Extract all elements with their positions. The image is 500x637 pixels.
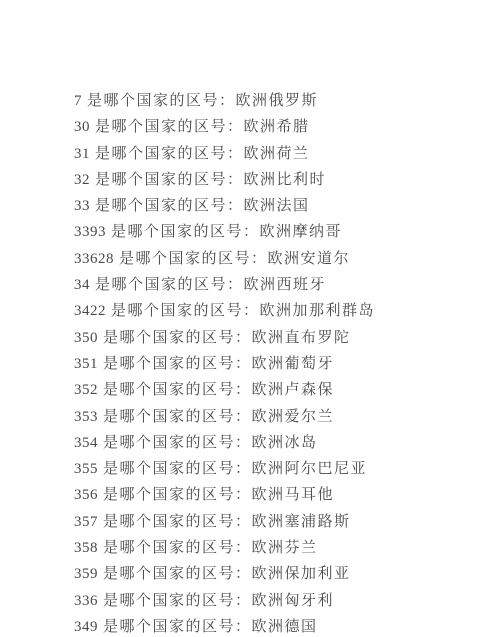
area-code: 7 (74, 93, 82, 109)
question-text: 是哪个国家的区号： (111, 224, 260, 240)
qa-line: 353是哪个国家的区号：欧洲爱尔兰 (74, 404, 480, 430)
question-text: 是哪个国家的区号： (103, 330, 252, 346)
question-text: 是哪个国家的区号： (95, 277, 244, 293)
question-text: 是哪个国家的区号： (103, 566, 252, 582)
qa-line: 336是哪个国家的区号：欧洲匈牙利 (74, 588, 480, 614)
area-code: 3422 (74, 303, 106, 319)
answer-country: 欧洲马耳他 (252, 487, 335, 503)
question-text: 是哪个国家的区号： (103, 356, 252, 372)
question-text: 是哪个国家的区号： (95, 146, 244, 162)
qa-line: 33628是哪个国家的区号：欧洲安道尔 (74, 246, 480, 272)
answer-country: 欧洲俄罗斯 (236, 93, 319, 109)
question-text: 是哪个国家的区号： (95, 119, 244, 135)
qa-line: 354是哪个国家的区号：欧洲冰岛 (74, 430, 480, 456)
answer-country: 欧洲保加利亚 (252, 566, 351, 582)
answer-country: 欧洲西班牙 (244, 277, 327, 293)
area-code-qa-list: 7是哪个国家的区号：欧洲俄罗斯 30是哪个国家的区号：欧洲希腊 31是哪个国家的… (74, 88, 480, 637)
qa-line: 349是哪个国家的区号：欧洲德国 (74, 614, 480, 637)
answer-country: 欧洲匈牙利 (252, 593, 335, 609)
question-text: 是哪个国家的区号： (95, 198, 244, 214)
answer-country: 欧洲冰岛 (252, 435, 318, 451)
question-text: 是哪个国家的区号： (103, 435, 252, 451)
area-code: 3393 (74, 224, 106, 240)
area-code: 354 (74, 435, 98, 451)
qa-line: 31是哪个国家的区号：欧洲荷兰 (74, 141, 480, 167)
qa-line: 357是哪个国家的区号：欧洲塞浦路斯 (74, 509, 480, 535)
answer-country: 欧洲塞浦路斯 (252, 514, 351, 530)
answer-country: 欧洲阿尔巴尼亚 (252, 461, 368, 477)
question-text: 是哪个国家的区号： (103, 487, 252, 503)
question-text: 是哪个国家的区号： (111, 303, 260, 319)
qa-line: 351是哪个国家的区号：欧洲葡萄牙 (74, 351, 480, 377)
qa-line: 32是哪个国家的区号：欧洲比利时 (74, 167, 480, 193)
answer-country: 欧洲直布罗陀 (252, 330, 351, 346)
answer-country: 欧洲葡萄牙 (252, 356, 335, 372)
question-text: 是哪个国家的区号： (103, 619, 252, 635)
area-code: 352 (74, 382, 98, 398)
qa-line: 33是哪个国家的区号：欧洲法国 (74, 193, 480, 219)
answer-country: 欧洲卢森保 (252, 382, 335, 398)
qa-line: 352是哪个国家的区号：欧洲卢森保 (74, 377, 480, 403)
area-code: 350 (74, 330, 98, 346)
question-text: 是哪个国家的区号： (103, 593, 252, 609)
area-code: 30 (74, 119, 90, 135)
area-code: 359 (74, 566, 98, 582)
area-code: 33628 (74, 251, 114, 267)
qa-line: 3393是哪个国家的区号：欧洲摩纳哥 (74, 219, 480, 245)
area-code: 32 (74, 172, 90, 188)
area-code: 351 (74, 356, 98, 372)
question-text: 是哪个国家的区号： (103, 461, 252, 477)
answer-country: 欧洲希腊 (244, 119, 310, 135)
area-code: 33 (74, 198, 90, 214)
qa-line: 358是哪个国家的区号：欧洲芬兰 (74, 535, 480, 561)
answer-country: 欧洲爱尔兰 (252, 409, 335, 425)
area-code: 349 (74, 619, 98, 635)
area-code: 358 (74, 540, 98, 556)
qa-line: 30是哪个国家的区号：欧洲希腊 (74, 114, 480, 140)
qa-line: 359是哪个国家的区号：欧洲保加利亚 (74, 561, 480, 587)
document-page: 7是哪个国家的区号：欧洲俄罗斯 30是哪个国家的区号：欧洲希腊 31是哪个国家的… (0, 0, 500, 637)
question-text: 是哪个国家的区号： (103, 540, 252, 556)
area-code: 357 (74, 514, 98, 530)
question-text: 是哪个国家的区号： (87, 93, 236, 109)
answer-country: 欧洲安道尔 (268, 251, 351, 267)
area-code: 353 (74, 409, 98, 425)
qa-line: 7是哪个国家的区号：欧洲俄罗斯 (74, 88, 480, 114)
question-text: 是哪个国家的区号： (103, 409, 252, 425)
qa-line: 355是哪个国家的区号：欧洲阿尔巴尼亚 (74, 456, 480, 482)
answer-country: 欧洲摩纳哥 (260, 224, 343, 240)
question-text: 是哪个国家的区号： (103, 382, 252, 398)
answer-country: 欧洲法国 (244, 198, 310, 214)
answer-country: 欧洲德国 (252, 619, 318, 635)
area-code: 336 (74, 593, 98, 609)
area-code: 31 (74, 146, 90, 162)
area-code: 356 (74, 487, 98, 503)
question-text: 是哪个国家的区号： (119, 251, 268, 267)
answer-country: 欧洲荷兰 (244, 146, 310, 162)
answer-country: 欧洲加那利群岛 (260, 303, 376, 319)
qa-line: 3422是哪个国家的区号：欧洲加那利群岛 (74, 298, 480, 324)
answer-country: 欧洲芬兰 (252, 540, 318, 556)
area-code: 355 (74, 461, 98, 477)
area-code: 34 (74, 277, 90, 293)
answer-country: 欧洲比利时 (244, 172, 327, 188)
question-text: 是哪个国家的区号： (103, 514, 252, 530)
qa-line: 34是哪个国家的区号：欧洲西班牙 (74, 272, 480, 298)
qa-line: 356是哪个国家的区号：欧洲马耳他 (74, 482, 480, 508)
qa-line: 350是哪个国家的区号：欧洲直布罗陀 (74, 325, 480, 351)
question-text: 是哪个国家的区号： (95, 172, 244, 188)
